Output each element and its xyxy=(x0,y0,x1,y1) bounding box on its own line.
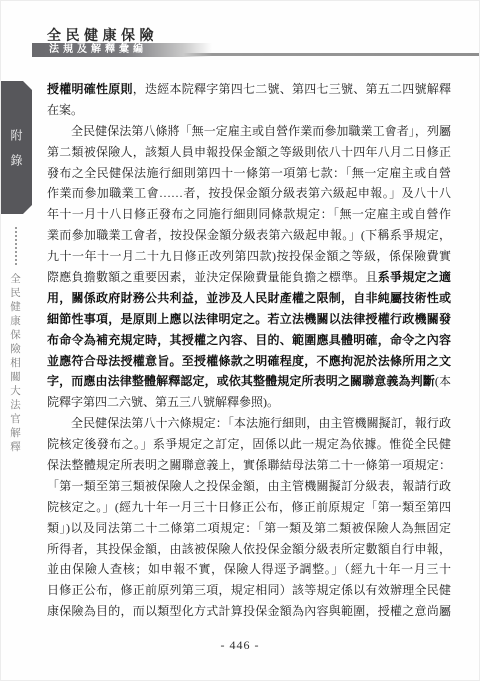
text-line: 保法整體規定所表明之關聯意義上，實係聯結母法第二十一條第一項規定： xyxy=(47,455,451,476)
body-text: 授權明確性原則，迭經本院釋字第四七二號、第四七三號、第五二四號解釋在案。全民健保… xyxy=(47,79,451,622)
text-run: 發布之全民健保法施行細則第四十一條第一項第七款：「無一定雇主或自營 xyxy=(47,166,451,180)
text-line: 康保險為目的，而以類型化方式計算投保金額為內容與範圍，授權之意尚屬 xyxy=(47,601,451,622)
text-run: 業而參加職業工會者，按投保金額分級表第六級起申報。」(下稱系爭規定， xyxy=(47,228,451,242)
text-line: 字，而應由法律整體解釋認定，或依其整體規定所表明之關聯意義為判斷(本 xyxy=(47,371,451,392)
text-line: 院核定之。」(經九十年一月三十日修正公布，修正前原規定「第一類至第四 xyxy=(47,497,451,518)
emphasized-text-run: 用，關係政府財務公共利益，並涉及人民財產權之限制，自非純屬技術性或 xyxy=(47,291,451,305)
text-line: 業而參加職業工會者，按投保金額分級表第六級起申報。」(下稱系爭規定， xyxy=(47,225,451,246)
dotted-separator-icon xyxy=(15,227,17,265)
text-run: 全民健保法第八條將「無一定雇主或自營作業而參加職業工會者」，列屬 xyxy=(71,124,451,138)
text-line: 院核定後發布之。」系爭規定之訂定，固係以此一規定為依據。惟從全民健 xyxy=(47,434,451,455)
text-run: 作業而參加職業工會……者，按投保金額分級表第六級起申報。」及八十八 xyxy=(47,186,451,200)
text-run: 院釋字第四二六號、第五三八號解釋參照)。 xyxy=(47,395,279,409)
text-run: 並由保險人查核；如申報不實，保險人得逕予調整。」（經九十年一月三十 xyxy=(47,562,451,576)
emphasized-text-run: 布命令為補充規定時，其授權之內容、目的、範圍應具體明確，命令之內容 xyxy=(47,333,451,347)
section-banner: 法規及解釋彙編 xyxy=(32,43,212,57)
text-line: 授權明確性原則，迭經本院釋字第四七二號、第四七三號、第五二四號解釋 xyxy=(47,79,451,100)
text-line: 第二類被保險人，該類人員申報投保金額之等級則依八十四年八月二日修正 xyxy=(47,142,451,163)
text-run: (本 xyxy=(435,374,451,388)
emphasized-text-run: 字，而應由法律整體解釋認定，或依其整體規定所表明之關聯意義為判斷 xyxy=(47,374,435,388)
text-run: 所得者，其投保金額，由該被保險人依投保金額分級表所定數額自行申報， xyxy=(47,542,451,556)
text-line: 並由保險人查核；如申報不實，保險人得逕予調整。」（經九十年一月三十 xyxy=(47,559,451,580)
text-line: 全民健保法第八十六條規定：「本法施行細則，由主管機關擬訂，報行政 xyxy=(47,413,451,434)
emphasized-text-run: 授權明確性原則 xyxy=(47,82,133,96)
text-line: 「第一類至第三類被保險人之投保金額，由主管機關擬訂分級表，報請行政 xyxy=(47,476,451,497)
emphasized-text-run: 並應符合母法授權意旨。至授權條款之明確程度，不應拘泥於法條所用之文 xyxy=(47,354,451,368)
text-run: 在案。 xyxy=(47,103,83,117)
text-run: 院核定後發布之。」系爭規定之訂定，固係以此一規定為依據。惟從全民健 xyxy=(47,437,451,451)
text-run: 康保險為目的，而以類型化方式計算投保金額為內容與範圍，授權之意尚屬 xyxy=(47,604,451,618)
text-line: 作業而參加職業工會……者，按投保金額分級表第六級起申報。」及八十八 xyxy=(47,183,451,204)
text-run: 類」)以及同法第二十二條第二項規定：「第一類及第二類被保險人為無固定 xyxy=(47,521,451,535)
text-line: 全民健保法第八條將「無一定雇主或自營作業而參加職業工會者」，列屬 xyxy=(47,121,451,142)
text-line: 在案。 xyxy=(47,100,451,121)
text-run: 日修正公布，修正前原列第三項，規定相同）該等規定係以有效辦理全民健 xyxy=(47,583,451,597)
page-number: - 446 - xyxy=(1,638,479,653)
book-page: 全民健康保險 法規及解釋彙編 附錄 全民健康保險相關大法官解釋 授權明確性原則，… xyxy=(0,0,480,681)
text-line: 細節性事項，是原則上應以法律明定之。若立法機關以法律授權行政機關發 xyxy=(47,309,451,330)
text-line: 九十一年十一月二十九日修正改列第四款)按投保金額之等級，係保險費實 xyxy=(47,246,451,267)
text-line: 所得者，其投保金額，由該被保險人依投保金額分級表所定數額自行申報， xyxy=(47,539,451,560)
text-run: ，迭經本院釋字第四七二號、第四七三號、第五二四號解釋 xyxy=(133,82,451,96)
text-run: 「第一類至第三類被保險人之投保金額，由主管機關擬訂分級表，報請行政 xyxy=(47,479,451,493)
text-line: 年十一月十八日修正發布之同施行細則同條款規定：「無一定雇主或自營作 xyxy=(47,204,451,225)
text-line: 類」)以及同法第二十二條第二項規定：「第一類及第二類被保險人為無固定 xyxy=(47,518,451,539)
appendix-tab-label: 附錄 xyxy=(8,116,25,179)
text-line: 發布之全民健保法施行細則第四十一條第一項第七款：「無一定雇主或自營 xyxy=(47,163,451,184)
text-run: 全民健保法第八十六條規定：「本法施行細則，由主管機關擬訂，報行政 xyxy=(71,416,451,430)
emphasized-text-run: 系爭規定之適 xyxy=(378,270,451,284)
text-line: 用，關係政府財務公共利益，並涉及人民財產權之限制，自非純屬技術性或 xyxy=(47,288,451,309)
text-run: 院核定之。」(經九十年一月三十日修正公布，修正前原規定「第一類至第四 xyxy=(47,500,451,514)
text-run: 年十一月十八日修正發布之同施行細則同條款規定：「無一定雇主或自營作 xyxy=(47,207,451,221)
text-line: 並應符合母法授權意旨。至授權條款之明確程度，不應拘泥於法條所用之文 xyxy=(47,351,451,372)
text-run: 第二類被保險人，該類人員申報投保金額之等級則依八十四年八月二日修正 xyxy=(47,145,451,159)
text-line: 日修正公布，修正前原列第三項，規定相同）該等規定係以有效辦理全民健 xyxy=(47,580,451,601)
text-line: 布命令為補充規定時，其授權之內容、目的、範圍應具體明確，命令之內容 xyxy=(47,330,451,351)
text-line: 際應負擔數額之重要因素，並決定保險費量能負擔之標準。且系爭規定之適 xyxy=(47,267,451,288)
text-line: 院釋字第四二六號、第五三八號解釋參照)。 xyxy=(47,392,451,413)
text-run: 際應負擔數額之重要因素，並決定保險費量能負擔之標準。且 xyxy=(47,270,378,284)
sidebar-section-caption: 全民健康保險相關大法官解釋 xyxy=(7,273,22,455)
appendix-tab: 附錄 xyxy=(1,81,32,214)
emphasized-text-run: 細節性事項，是原則上應以法律明定之。若立法機關以法律授權行政機關發 xyxy=(47,312,451,326)
text-run: 九十一年十一月二十九日修正改列第四款)按投保金額之等級，係保險費實 xyxy=(47,249,451,263)
book-title: 全民健康保險 xyxy=(47,25,158,45)
text-run: 保法整體規定所表明之關聯意義上，實係聯結母法第二十一條第一項規定： xyxy=(47,458,451,472)
